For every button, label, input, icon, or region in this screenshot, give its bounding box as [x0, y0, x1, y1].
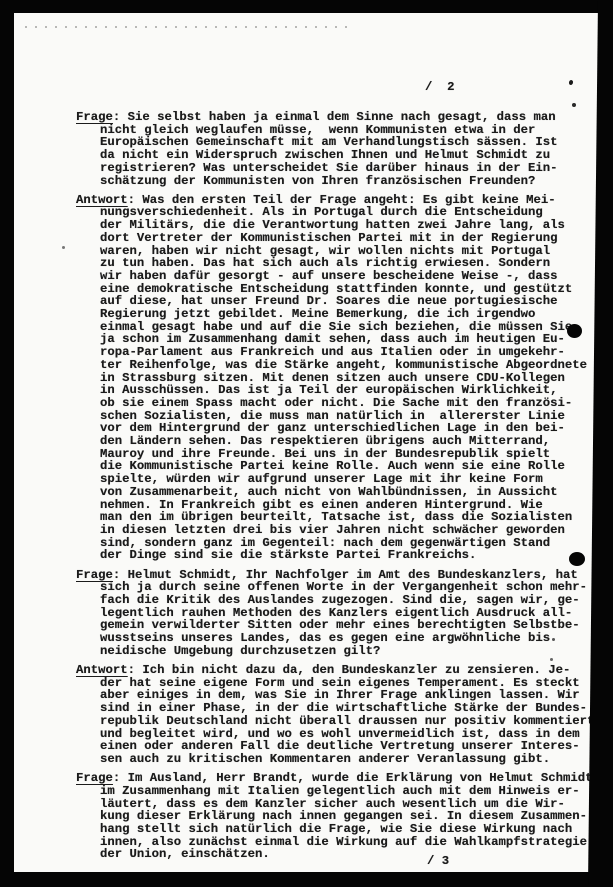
paragraph-label: Frage — [76, 771, 113, 785]
paragraph-label: Antwort — [76, 663, 128, 677]
scan-border-bottom — [0, 872, 613, 887]
scan-speck — [550, 658, 553, 661]
scan-speck — [572, 103, 576, 107]
frage-paragraph-3: Frage: Helmut Schmidt, Ihr Nachfolger im… — [76, 569, 601, 658]
scan-speck — [552, 638, 555, 641]
page-number-bottom: / 3 — [427, 855, 449, 868]
frage-paragraph-1: Frage: Sie selbst haben ja einmal dem Si… — [76, 111, 601, 187]
scan-border-left — [0, 0, 14, 887]
paragraph-label: Frage — [76, 110, 113, 124]
scan-speck — [62, 246, 65, 249]
document-body: Frage: Sie selbst haben ja einmal dem Si… — [76, 111, 601, 868]
antwort-paragraph-2: Antwort: Was den ersten Teil der Frage a… — [76, 194, 601, 562]
paragraph-label: Frage — [76, 568, 113, 582]
page-number-top: / 2 — [425, 81, 455, 94]
punch-hole-mark-bottom — [569, 552, 585, 566]
scan-border-top — [0, 0, 613, 13]
scan-noise-line — [25, 26, 355, 28]
punch-hole-mark-top — [567, 324, 582, 338]
antwort-paragraph-4: Antwort: Ich bin nicht dazu da, den Bund… — [76, 664, 601, 766]
frage-paragraph-5: Frage: Im Ausland, Herr Brandt, wurde di… — [76, 772, 601, 861]
paragraph-label: Antwort — [76, 193, 128, 207]
